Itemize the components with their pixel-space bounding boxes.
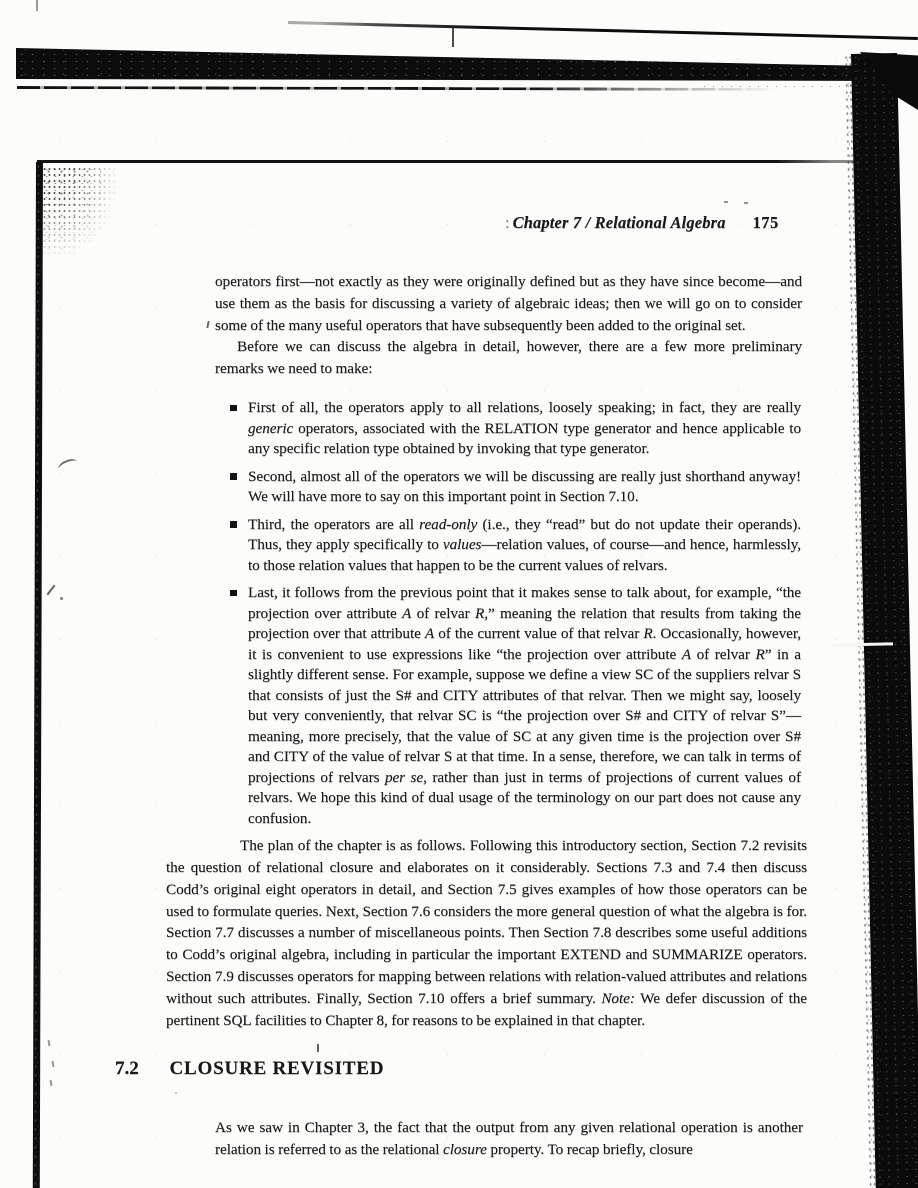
bullet-text: Last, it follows from the previous point… [248, 584, 801, 827]
scan-speck [724, 201, 728, 203]
scan-margin-scribble [52, 1061, 55, 1067]
scan-right-edge-band [851, 53, 918, 1188]
scan-speck [206, 321, 209, 328]
bullet-square-icon [230, 521, 237, 528]
scan-corner-smudge [42, 166, 116, 256]
page-top-border-rule [37, 160, 859, 163]
bullet-square-icon [230, 405, 237, 412]
scan-speck [175, 1092, 177, 1094]
bullet-item-third: Third, the operators are all read-only (… [229, 515, 801, 577]
scan-broken-rule [17, 86, 795, 91]
running-head: : Chapter 7 / Relational Algebra 175 [505, 213, 779, 233]
scanned-book-page: : Chapter 7 / Relational Algebra 175 ope… [0, 0, 918, 1188]
section-number: 7.2 [115, 1058, 139, 1079]
scan-edge-tick [36, 0, 38, 11]
section-heading: 7.2 CLOSURE REVISITED [115, 1058, 384, 1080]
bullet-text: Second, almost all of the operators we w… [248, 468, 801, 506]
scan-black-band [16, 44, 918, 84]
scan-top-rule-tick [452, 28, 454, 47]
scan-margin-mark [47, 585, 56, 596]
scan-margin-squiggle [57, 457, 80, 475]
preliminary-remarks-list: First of all, the operators apply to all… [229, 398, 801, 836]
bullet-item-last: Last, it follows from the previous point… [229, 583, 801, 829]
bullet-text: Third, the operators are all read-only (… [248, 516, 801, 574]
scan-speck [744, 202, 748, 204]
running-head-title: Chapter 7 / Relational Algebra [513, 213, 726, 233]
scan-speck [317, 1044, 319, 1052]
scan-margin-scribble [48, 1040, 51, 1046]
page-number: 175 [753, 213, 779, 233]
bullet-square-icon [230, 590, 237, 597]
scan-margin-scribble [50, 1080, 53, 1086]
paragraph-continuation: operators first—not exactly as they were… [215, 271, 802, 336]
chapter-plan-paragraph: The plan of the chapter is as follows. F… [166, 835, 807, 1031]
scan-speck [60, 597, 63, 600]
bullet-text: First of all, the operators apply to all… [248, 399, 801, 457]
scan-noise-dots [700, 85, 850, 89]
bullet-item-second: Second, almost all of the operators we w… [229, 467, 801, 508]
bullet-item-first: First of all, the operators apply to all… [229, 398, 801, 460]
paragraph-preliminary-remarks: Before we can discuss the algebra in det… [215, 336, 802, 380]
scan-left-edge-bar [33, 162, 43, 1188]
scan-colon-mark: : [505, 213, 510, 233]
section-title: CLOSURE REVISITED [170, 1058, 385, 1079]
closure-intro-paragraph: As we saw in Chapter 3, the fact that th… [215, 1117, 803, 1161]
bullet-square-icon [230, 473, 237, 480]
intro-paragraphs: operators first—not exactly as they were… [215, 271, 802, 380]
scan-top-rule [288, 21, 918, 40]
